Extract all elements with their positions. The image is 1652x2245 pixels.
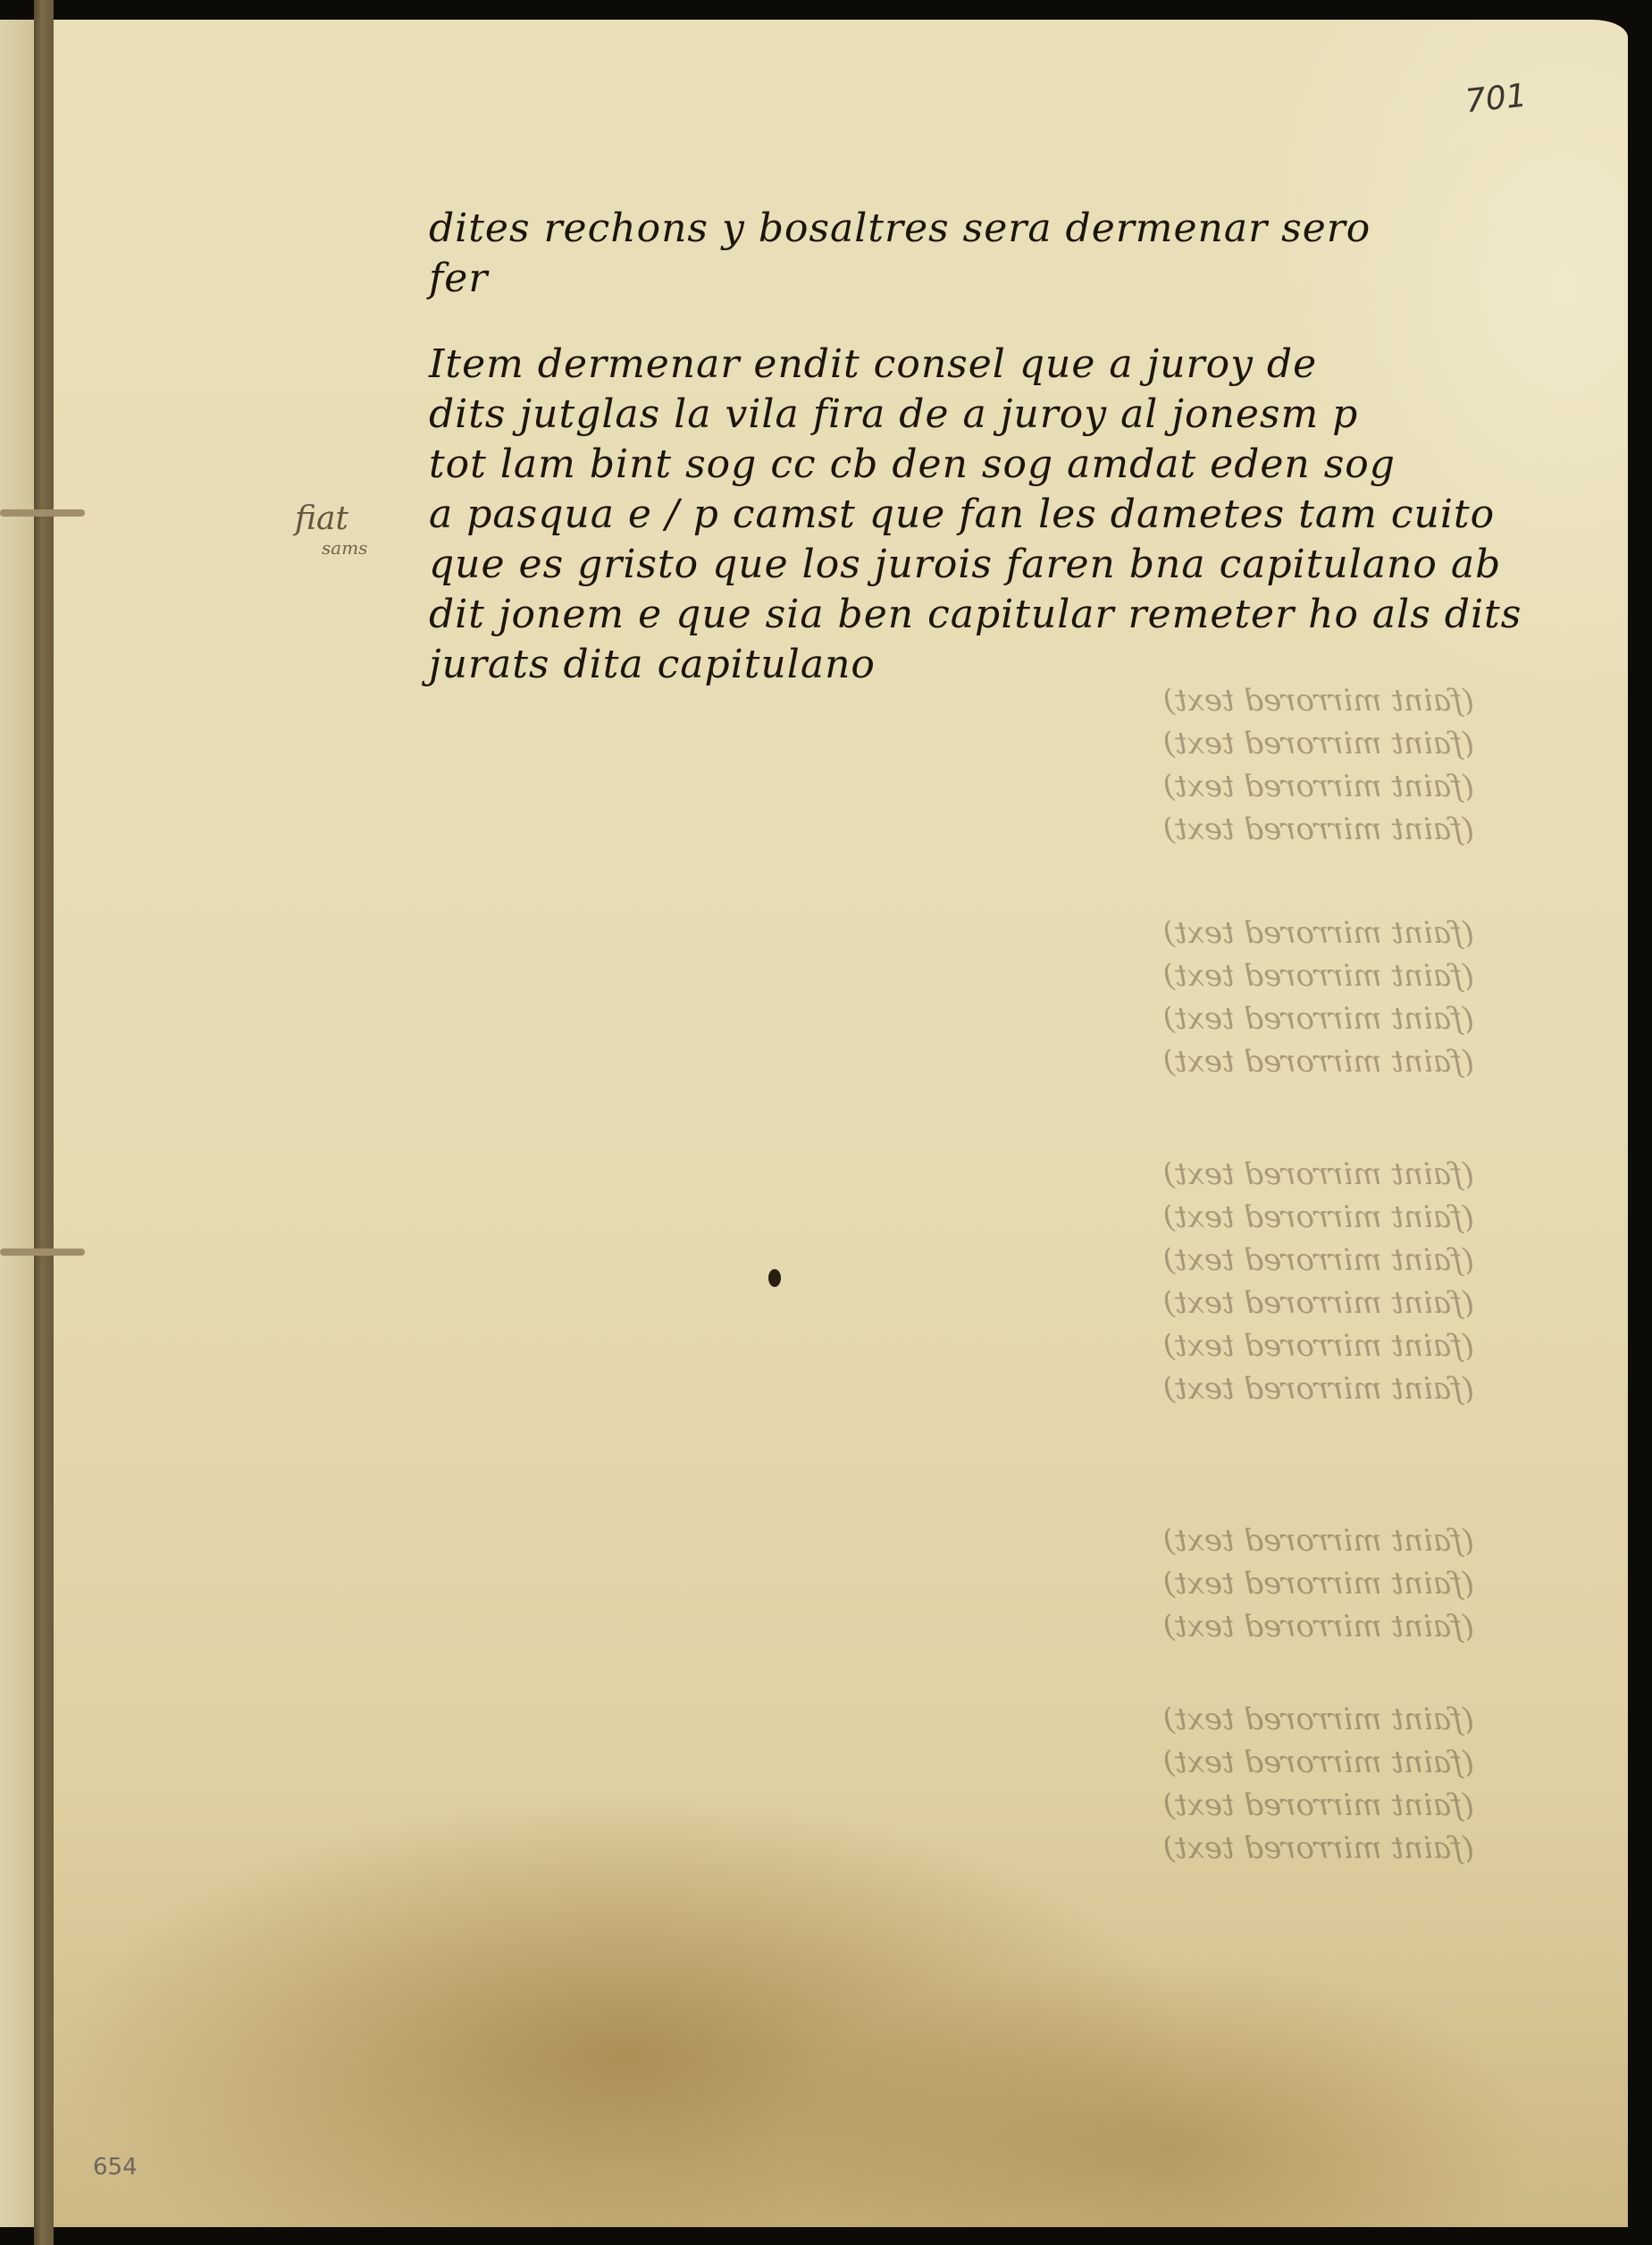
text-line: dits jutglas la vila fira de a juroy al … xyxy=(429,390,1456,440)
binding-thread xyxy=(0,1249,85,1256)
bleed-through-line: (faint mirrored text) xyxy=(295,997,1474,1040)
bleed-through-line: (faint mirrored text) xyxy=(295,1741,1474,1784)
bleed-through-block: (faint mirrored text) (faint mirrored te… xyxy=(295,1519,1474,1648)
bleed-through-block: (faint mirrored text) (faint mirrored te… xyxy=(295,912,1474,1083)
bleed-through-line: (faint mirrored text) xyxy=(295,765,1474,808)
bleed-through-line: (faint mirrored text) xyxy=(295,1367,1474,1410)
facing-page-edge xyxy=(0,20,34,2227)
bleed-through-line: (faint mirrored text) xyxy=(295,1239,1474,1282)
bleed-through-block: (faint mirrored text) (faint mirrored te… xyxy=(295,1153,1474,1410)
margin-annotation: fiat sams xyxy=(295,500,367,559)
bleed-through-line: (faint mirrored text) xyxy=(295,912,1474,954)
margin-annotation-subtext: sams xyxy=(322,537,367,559)
bleed-through-line: (faint mirrored text) xyxy=(295,1324,1474,1367)
text-line: tot lam bint sog cc cb den sog amdat ede… xyxy=(429,440,1456,490)
bleed-through-line: (faint mirrored text) xyxy=(295,1196,1474,1239)
bleed-through-line: (faint mirrored text) xyxy=(295,1282,1474,1324)
bleed-through-block: (faint mirrored text) (faint mirrored te… xyxy=(295,1698,1474,1870)
text-line: fer xyxy=(429,254,1456,304)
text-line: dit jonem e que sia ben capitular remete… xyxy=(429,590,1456,640)
text-line: que es gristo que los jurois faren bna c… xyxy=(429,540,1456,590)
main-text-block: dites rechons y bosaltres sera dermenar … xyxy=(429,204,1456,690)
bleed-through-line: (faint mirrored text) xyxy=(295,1040,1474,1083)
bleed-through-line: (faint mirrored text) xyxy=(295,1519,1474,1562)
text-line: a pasqua e / p camst que fan les dametes… xyxy=(429,490,1456,540)
binding-spine xyxy=(34,0,54,2245)
bleed-through-line: (faint mirrored text) xyxy=(295,679,1474,722)
folio-number: 701 xyxy=(1463,78,1529,121)
bleed-through-block: (faint mirrored text) (faint mirrored te… xyxy=(295,679,1474,851)
margin-annotation-text: fiat xyxy=(295,500,348,537)
bleed-through-line: (faint mirrored text) xyxy=(295,722,1474,765)
bleed-through-line: (faint mirrored text) xyxy=(295,1153,1474,1196)
bleed-through-line: (faint mirrored text) xyxy=(295,1698,1474,1741)
bleed-through-line: (faint mirrored text) xyxy=(295,808,1474,851)
text-line: dites rechons y bosaltres sera dermenar … xyxy=(429,204,1456,254)
bleed-through-line: (faint mirrored text) xyxy=(295,1605,1474,1648)
pencil-number: 654 xyxy=(93,2154,138,2181)
ink-blot xyxy=(768,1269,781,1287)
text-line: Item dermenar endit consel que a juroy d… xyxy=(429,340,1456,390)
bleed-through-line: (faint mirrored text) xyxy=(295,1827,1474,1870)
bleed-through-line: (faint mirrored text) xyxy=(295,1784,1474,1827)
bleed-through-line: (faint mirrored text) xyxy=(295,1562,1474,1605)
binding-thread xyxy=(0,509,85,517)
bleed-through-line: (faint mirrored text) xyxy=(295,954,1474,997)
